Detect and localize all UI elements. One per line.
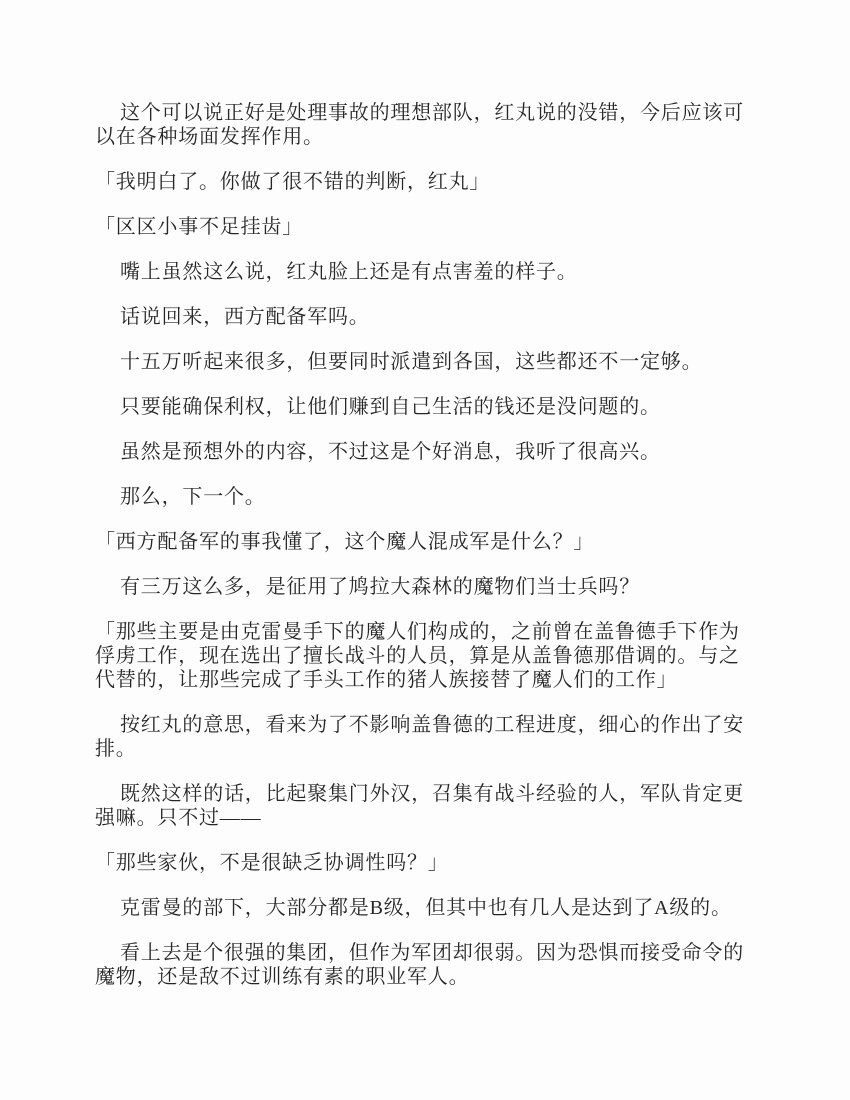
narration-paragraph: 看上去是个很强的集团，但作为军团却很弱。因为恐惧而接受命令的魔物，还是敌不过训练… bbox=[95, 941, 750, 989]
dialogue-paragraph: 「那些主要是由克雷曼手下的魔人们构成的，之前曾在盖鲁德手下作为俘虏工作，现在选出… bbox=[95, 620, 750, 692]
dialogue-paragraph: 「我明白了。你做了很不错的判断，红丸」 bbox=[95, 170, 750, 194]
reader-page[interactable]: 这个可以说正好是处理事故的理想部队，红丸说的没错，今后应该可以在各种场面发挥作用… bbox=[0, 0, 850, 1100]
dialogue-paragraph: 「区区小事不足挂齿」 bbox=[95, 215, 750, 239]
novel-text-body: 这个可以说正好是处理事故的理想部队，红丸说的没错，今后应该可以在各种场面发挥作用… bbox=[95, 101, 750, 989]
dialogue-paragraph: 「那些家伙，不是很缺乏协调性吗？」 bbox=[95, 851, 750, 875]
narration-paragraph: 既然这样的话，比起聚集门外汉，召集有战斗经验的人，军队肯定更强嘛。只不过—— bbox=[95, 782, 750, 830]
narration-paragraph: 这个可以说正好是处理事故的理想部队，红丸说的没错，今后应该可以在各种场面发挥作用… bbox=[95, 101, 750, 149]
dialogue-paragraph: 「西方配备军的事我懂了，这个魔人混成军是什么？」 bbox=[95, 530, 750, 554]
narration-paragraph: 有三万这么多，是征用了鸠拉大森林的魔物们当士兵吗？ bbox=[95, 575, 750, 599]
narration-paragraph: 按红丸的意思，看来为了不影响盖鲁德的工程进度，细心的作出了安排。 bbox=[95, 713, 750, 761]
narration-paragraph: 嘴上虽然这么说，红丸脸上还是有点害羞的样子。 bbox=[95, 260, 750, 284]
narration-paragraph: 那么，下一个。 bbox=[95, 485, 750, 509]
narration-paragraph: 虽然是预想外的内容，不过这是个好消息，我听了很高兴。 bbox=[95, 440, 750, 464]
narration-paragraph: 十五万听起来很多，但要同时派遣到各国，这些都还不一定够。 bbox=[95, 350, 750, 374]
narration-paragraph: 克雷曼的部下，大部分都是B级，但其中也有几人是达到了A级的。 bbox=[95, 896, 750, 920]
narration-paragraph: 只要能确保利权，让他们赚到自己生活的钱还是没问题的。 bbox=[95, 395, 750, 419]
narration-paragraph: 话说回来，西方配备军吗。 bbox=[95, 305, 750, 329]
